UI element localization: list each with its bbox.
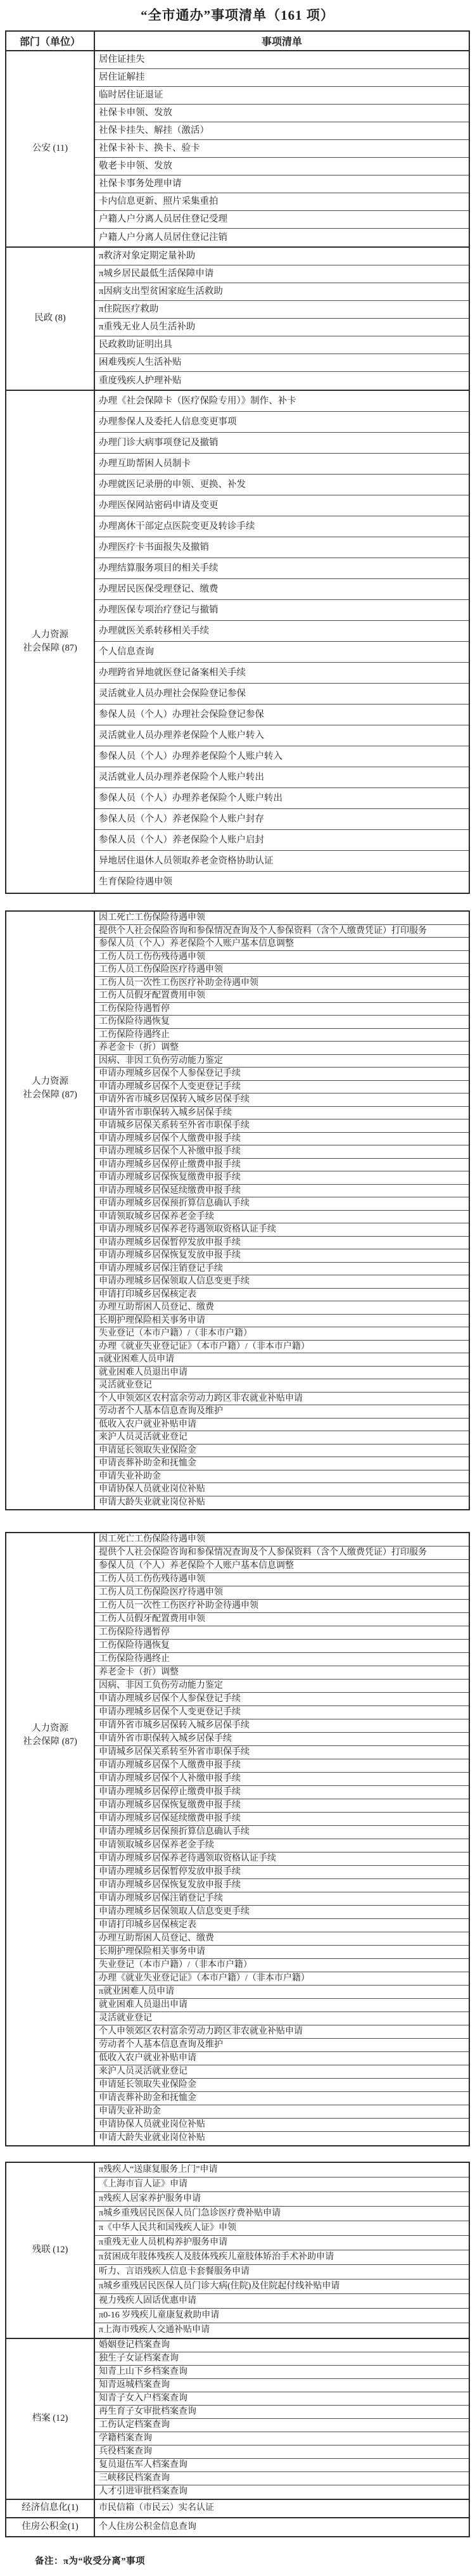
dept-label-line: 档案 (12): [32, 2412, 68, 2425]
table-row: 再生育子女审批档案查询: [95, 2406, 469, 2419]
table-row: 申请失业补助金: [95, 1470, 469, 1484]
table-row: 户籍人户分离人员居住登记注销: [95, 229, 469, 246]
table-row: 工伤认定档案查询: [95, 2419, 469, 2432]
table-row: 灵活就业人员办理养老保险个人账户转出: [95, 767, 469, 788]
item-list: 因工死亡工伤保险待遇申领提供个人社会保险咨询和参保情况查询及个人参保资料（含个人…: [95, 1533, 469, 2145]
table-row: 办理就医关系转移相关手续: [95, 621, 469, 642]
table-row: 因病、非因工负伤劳动能力鉴定: [95, 1680, 469, 1693]
table-row: 社保卡申领、发放: [95, 105, 469, 122]
table-row: 工伤人员工伤保险医疗待遇申领: [95, 964, 469, 977]
dept-cell: 人力资源社会保障 (87): [6, 1533, 95, 2145]
table-row: 社保卡补卡、换卡、验卡: [95, 140, 469, 158]
table-row: 申请丧葬补助金和抚恤金: [95, 2092, 469, 2105]
table-row: 申请外省市城乡居保转入城乡居保手续: [95, 1719, 469, 1733]
table-row: 申请办理城乡居保个人缴费申报手续: [95, 1759, 469, 1773]
table-row: 申请办理城乡居保暂停发放申报手续: [95, 1866, 469, 1879]
table-row: 办理居民医保受理登记、缴费: [95, 579, 469, 600]
table-row: 个人住房公积金信息查询: [95, 2518, 469, 2536]
table-row: 困难残疾人生活补贴: [95, 354, 469, 372]
table-row: 就业困难人员退出申请: [95, 1999, 469, 2012]
table-row: 申请外省市城乡居保转入城乡居保手续: [95, 1094, 469, 1107]
table-row: 失业登记（本市户籍）/（非本市户籍）: [95, 1327, 469, 1341]
table-row: 申请外省市职保转入城乡居保手续: [95, 1733, 469, 1746]
table-row: 办理《就业失业登记证》（本市户籍）/（非本市户籍）: [95, 1972, 469, 1986]
table-row: 申请延长领取失业保险金: [95, 2079, 469, 2092]
table-row: 独生子女证档案查询: [95, 2352, 469, 2366]
table-row: 工伤人员一次性工伤医疗补助金待遇申领: [95, 1600, 469, 1613]
table-row: 申请办理城乡居保预折算信息确认手续: [95, 1197, 469, 1211]
table-row: π重残无业人员生活补助: [95, 319, 469, 336]
table-row: π因病支出型贫困家庭生活救助: [95, 283, 469, 301]
table-row: 工伤人员工伤保险医疗待遇申领: [95, 1586, 469, 1600]
table-row: π贫困成年肢体残疾人及肢体残疾儿童肢体矫治手术补助申请: [95, 2250, 469, 2265]
table-row: 办理互助帮困人员登记、缴费: [95, 1301, 469, 1315]
item-list: π救济对象定期定量补助π城乡居民最低生活保障申请π因病支出型贫困家庭生活救助π住…: [95, 248, 469, 390]
table-row: 参保人员（个人）办理养老保险个人账户转出: [95, 788, 469, 809]
table-row: 申请协保人员就业岗位补贴: [95, 2119, 469, 2132]
department-section: 人力资源社会保障 (87) 办理《社会保障卡（医疗保险专用）》制作、补卡办理参保…: [5, 390, 470, 894]
table-row: 申请办理城乡居保预折算信息确认手续: [95, 1826, 469, 1839]
table-row: 办理参保人及委托人信息变更事项: [95, 412, 469, 433]
table-row: 婚姻登记档案查询: [95, 2339, 469, 2352]
item-list: 婚姻登记档案查询独生子女证档案查询知青上山下乡档案查询知青返城档案查询知青子女入…: [95, 2339, 469, 2499]
table-header-row: 部门（单位） 事项清单: [5, 30, 470, 51]
table-row: 申请城乡居保关系转至外省市职保手续: [95, 1119, 469, 1133]
table-row: 申请办理城乡居保恢复发放申报手续: [95, 1249, 469, 1263]
table-row: 知青子女入户档案查询: [95, 2392, 469, 2406]
table-row: 申请办理城乡居保个人补缴申报手续: [95, 1145, 469, 1159]
table-row: 工伤人员假牙配置费用申领: [95, 1613, 469, 1626]
table-row: 工伤保险待遇终止: [95, 1029, 469, 1042]
table-row: 人才引进审批档案查询: [95, 2485, 469, 2499]
dept-cell: 人力资源社会保障 (87): [6, 912, 95, 1509]
table-row: 《上海市盲人证》申请: [95, 2177, 469, 2192]
table-row: 提供个人社会保险咨询和参保情况查询及个人参保资料（含个人缴费凭证）打印服务: [95, 1546, 469, 1560]
table-row: 申请办理城乡居保养老待遇领取资格认证手续: [95, 1852, 469, 1866]
table-row: 学籍档案查询: [95, 2432, 469, 2445]
table-row: 申请打印城乡居保核定表: [95, 1289, 469, 1302]
table-row: 办理离休干部定点医院变更及转诊手续: [95, 516, 469, 537]
department-section: 公安 (11) 居住证挂失居住证解挂临时居住证退证社保卡申领、发放社保卡挂失、解…: [5, 50, 470, 248]
table-row: 申请领取城乡居保养老金手续: [95, 1211, 469, 1224]
dept-cell: 残联 (12): [6, 2163, 95, 2338]
table-row: 灵活就业登记: [95, 2012, 469, 2025]
dept-cell: 档案 (12): [6, 2339, 95, 2499]
table-row: 养老金卡（折）调整: [95, 1042, 469, 1055]
items-table: 部门（单位） 事项清单 公安 (11) 居住证挂失居住证解挂临时居住证退证社保卡…: [5, 30, 470, 2537]
table-row: 申请办理城乡居保个人补缴申报手续: [95, 1773, 469, 1786]
document-page: “全市通办”事项清单（161 项） 部门（单位） 事项清单 公安 (11) 居住…: [0, 0, 475, 2567]
table-row: 参保人员（个人）办理社会保险登记参保: [95, 705, 469, 725]
table-row: 卡内信息更新、照片采集重拍: [95, 193, 469, 211]
table-row: 申请办理城乡居保恢复缴费申报手续: [95, 1799, 469, 1813]
table-row: π重残无业人员机构养护服务申请: [95, 2236, 469, 2250]
table-row: 来沪人员灵活就业登记: [95, 1431, 469, 1444]
table-row: 工伤人员一次性工伤医疗补助金待遇申领: [95, 977, 469, 990]
footnote: 备注：π为“收受分离”事项: [35, 2554, 475, 2567]
table-row: 申请领取城乡居保养老金手续: [95, 1839, 469, 1852]
dept-cell: 住房公积金(1): [6, 2518, 95, 2536]
item-list: 因工死亡工伤保险待遇申领提供个人社会保险咨询和参保情况查询及个人参保资料（含个人…: [95, 912, 469, 1509]
table-row: 申请办理城乡居保个人参保登记手续: [95, 1693, 469, 1706]
table-row: 申请城乡居保关系转至外省市职保手续: [95, 1746, 469, 1759]
table-row: π残疾人“送康复服务上门”申请: [95, 2163, 469, 2177]
table-row: 社保卡事务处理申请: [95, 175, 469, 193]
table-row: 申请办理城乡居保停止缴费申报手续: [95, 1786, 469, 1799]
table-row: 敬老卡申领、发放: [95, 158, 469, 175]
table-row: 劳动者个人基本信息查询及维护: [95, 1405, 469, 1419]
table-row: 市民信箱（市民云）实名认证: [95, 2500, 469, 2517]
table-row: 灵活就业人员办理社会保险登记参保: [95, 684, 469, 705]
table-row: 申请办理城乡居保延续缴费申报手续: [95, 1185, 469, 1198]
table-row: 申请办理城乡居保停止缴费申报手续: [95, 1159, 469, 1172]
table-row: 参保人员（个人）养老保险个人账户基本信息调整: [95, 1560, 469, 1573]
table-row: 办理医保专项治疗登记与撤销: [95, 600, 469, 621]
dept-label-line: 社会保障 (87): [23, 642, 77, 655]
table-row: 办理跨省异地就医登记备案相关手续: [95, 663, 469, 684]
table-row: 办理结算服务项目的相关手续: [95, 558, 469, 579]
table-row: 申请办理城乡居保注销登记手续: [95, 1263, 469, 1276]
table-row: 因工死亡工伤保险待遇申领: [95, 912, 469, 925]
item-list: 市民信箱（市民云）实名认证: [95, 2500, 469, 2517]
item-list: 居住证挂失居住证解挂临时居住证退证社保卡申领、发放社保卡挂失、解挂（激活）社保卡…: [95, 51, 469, 246]
table-row: 办理医疗卡书面报失及撤销: [95, 537, 469, 558]
department-section: 经济信息化(1) 市民信箱（市民云）实名认证: [5, 2499, 470, 2518]
table-row: 申请延长领取失业保险金: [95, 1444, 469, 1458]
table-row: 因病、非因工负伤劳动能力鉴定: [95, 1055, 469, 1068]
dept-label-line: 公安 (11): [32, 142, 68, 155]
table-row: 工伤保险待遇恢复: [95, 1016, 469, 1029]
items-column-header: 事项清单: [95, 32, 469, 50]
table-row: 参保人员（个人）养老保险个人账户封存: [95, 809, 469, 830]
table-row: 办理医保网站密码申请及变更: [95, 495, 469, 516]
table-row: 低收入农户就业补贴申请: [95, 2052, 469, 2065]
table-row: 灵活就业人员办理养老保险个人账户转入: [95, 725, 469, 746]
table-row: 申请办理城乡居保注销登记手续: [95, 1892, 469, 1906]
table-row: 办理《就业失业登记证》（本市户籍）/（非本市户籍）: [95, 1341, 469, 1354]
table-row: 参保人员（个人）养老保险个人账户启封: [95, 830, 469, 851]
table-row: π城乡重残居民医保人员门诊大病(住院)及住院起付线补贴申请: [95, 2280, 469, 2294]
dept-label-line: 住房公积金(1): [22, 2520, 78, 2534]
dept-column-header: 部门（单位）: [6, 32, 95, 50]
table-row: 申请丧葬补助金和抚恤金: [95, 1457, 469, 1470]
table-row: 申请办理城乡居保养老待遇领取资格认证手续: [95, 1223, 469, 1237]
table-row: 灵活就业登记: [95, 1379, 469, 1393]
dept-label-line: 社会保障 (87): [23, 1088, 77, 1102]
table-row: 申请办理城乡居保领取人信息变更手续: [95, 1275, 469, 1289]
table-row: 办理互助帮困人员制卡: [95, 454, 469, 475]
table-row: π残疾人居家养护服务申请: [95, 2192, 469, 2207]
table-row: π住院医疗救助: [95, 301, 469, 319]
table-row: 重度残疾人护理补贴: [95, 372, 469, 390]
department-section: 残联 (12) π残疾人“送康复服务上门”申请《上海市盲人证》申请π残疾人居家养…: [5, 2162, 470, 2339]
dept-cell: 经济信息化(1): [6, 2500, 95, 2517]
department-section: 住房公积金(1) 个人住房公积金信息查询: [5, 2517, 470, 2537]
table-row: 申请打印城乡居保核定表: [95, 1919, 469, 1932]
table-row: 申请失业补助金: [95, 2105, 469, 2119]
table-row: 工伤人员假牙配置费用申领: [95, 990, 469, 1003]
table-row: 申请大龄失业就业岗位补贴: [95, 2132, 469, 2145]
table-row: 社保卡挂失、解挂（激活）: [95, 122, 469, 140]
department-section: 档案 (12) 婚姻登记档案查询独生子女证档案查询知青上山下乡档案查询知青返城档…: [5, 2338, 470, 2500]
table-row: 办理互助帮困人员登记、缴费: [95, 1932, 469, 1946]
table-row: 申请办理城乡居保个人变更登记手续: [95, 1081, 469, 1094]
table-row: 因工死亡工伤保险待遇申领: [95, 1533, 469, 1546]
table-row: 申请大龄失业就业岗位补贴: [95, 1496, 469, 1509]
department-section: 人力资源社会保障 (87) 因工死亡工伤保险待遇申领提供个人社会保险咨询和参保情…: [5, 910, 470, 1510]
table-row: 申请办理城乡居保个人参保登记手续: [95, 1068, 469, 1081]
dept-label-line: 经济信息化(1): [22, 2501, 78, 2515]
item-list: 个人住房公积金信息查询: [95, 2518, 469, 2536]
item-list: 办理《社会保障卡（医疗保险专用）》制作、补卡办理参保人及委托人信息变更事项办理门…: [95, 391, 469, 893]
table-row: 申请办理城乡居保暂停发放申报手续: [95, 1237, 469, 1250]
table-row: π城乡重残居民医保人员门急诊医疗费补贴申请: [95, 2207, 469, 2221]
table-row: 户籍人户分离人员居住登记受理: [95, 211, 469, 229]
table-row: π0-16 岁残疾儿童康复救助申请: [95, 2309, 469, 2323]
table-row: 工伤保险待遇暂停: [95, 1003, 469, 1016]
table-row: 知青上山下乡档案查询: [95, 2366, 469, 2379]
table-row: 工伤保险待遇恢复: [95, 1640, 469, 1653]
table-row: 兵役档案查询: [95, 2445, 469, 2459]
dept-cell: 公安 (11): [6, 51, 95, 246]
dept-label-line: 人力资源: [32, 1075, 68, 1088]
dept-label-line: 社会保障 (87): [23, 1735, 77, 1749]
table-row: 三峡移民档案查询: [95, 2472, 469, 2485]
table-row: 居住证挂失: [95, 51, 469, 69]
table-row: 长期护理保险相关事务申请: [95, 1315, 469, 1328]
table-row: π上海市残疾人交通补贴申请: [95, 2323, 469, 2338]
table-row: π救济对象定期定量补助: [95, 248, 469, 265]
table-row: 听力、言语残疾人信息卡套餐服务申请: [95, 2265, 469, 2280]
table-row: 工伤人员工伤伤残待遇申领: [95, 1573, 469, 1586]
table-row: 办理就医记录册的申领、更换、补发: [95, 475, 469, 495]
table-row: 养老金卡（折）调整: [95, 1666, 469, 1680]
table-body: 公安 (11) 居住证挂失居住证解挂临时居住证退证社保卡申领、发放社保卡挂失、解…: [5, 50, 470, 2537]
table-row: 就业困难人员退出申请: [95, 1367, 469, 1380]
item-list: π残疾人“送康复服务上门”申请《上海市盲人证》申请π残疾人居家养护服务申请π城乡…: [95, 2163, 469, 2338]
dept-cell: 人力资源社会保障 (87): [6, 391, 95, 893]
table-row: 提供个人社会保险咨询和参保情况查询及个人参保资料（含个人缴费凭证）打印服务: [95, 925, 469, 938]
dept-cell: 民政 (8): [6, 248, 95, 390]
table-row: 个人信息查询: [95, 642, 469, 663]
table-row: π《中华人民共和国残疾人证》申领: [95, 2221, 469, 2236]
table-row: 申请办理城乡居保恢复缴费申报手续: [95, 1171, 469, 1185]
table-row: 复员退伍军人档案查询: [95, 2459, 469, 2472]
table-row: 生育保险待遇申领: [95, 872, 469, 893]
page-title: “全市通办”事项清单（161 项）: [0, 5, 475, 24]
dept-label-line: 民政 (8): [34, 312, 66, 325]
table-row: 失业登记（本市户籍）/（非本市户籍）: [95, 1959, 469, 1972]
table-row: 申请办理城乡居保领取人信息变更手续: [95, 1906, 469, 1919]
table-row: 临时居住证退证: [95, 87, 469, 105]
table-row: 工伤保险待遇暂停: [95, 1626, 469, 1640]
table-row: 知青返城档案查询: [95, 2379, 469, 2392]
table-row: 劳动者个人基本信息查询及维护: [95, 2039, 469, 2052]
table-row: π城乡居民最低生活保障申请: [95, 265, 469, 283]
table-row: 工伤人员工伤伤残待遇申领: [95, 951, 469, 964]
table-row: π就业困难人员申请: [95, 1986, 469, 1999]
table-row: 申请外省市职保转入城乡居保手续: [95, 1107, 469, 1120]
department-section: 民政 (8) π救济对象定期定量补助π城乡居民最低生活保障申请π因病支出型贫困家…: [5, 246, 470, 391]
department-section: 人力资源社会保障 (87) 因工死亡工伤保险待遇申领提供个人社会保险咨询和参保情…: [5, 1532, 470, 2146]
table-row: 个人申领郊区农村富余劳动力跨区非农就业补贴申请: [95, 1393, 469, 1406]
table-row: 异地居住退休人员领取养老金资格协助认证: [95, 851, 469, 872]
table-row: 申请办理城乡居保恢复发放申报手续: [95, 1879, 469, 1892]
table-row: 居住证解挂: [95, 69, 469, 87]
dept-label-line: 残联 (12): [32, 2243, 68, 2257]
table-row: π就业困难人员申请: [95, 1353, 469, 1367]
table-row: 参保人员（个人）办理养老保险个人账户转入: [95, 746, 469, 767]
table-row: 长期护理保险相关事务申请: [95, 1946, 469, 1959]
table-row: 申请协保人员就业岗位补贴: [95, 1483, 469, 1496]
dept-label-line: 人力资源: [32, 1722, 68, 1735]
table-row: 申请办理城乡居保个人缴费申报手续: [95, 1133, 469, 1146]
table-row: 办理《社会保障卡（医疗保险专用）》制作、补卡: [95, 391, 469, 412]
table-row: 工伤保险待遇终止: [95, 1653, 469, 1666]
dept-label-line: 人力资源: [32, 628, 68, 642]
table-row: 低收入农户就业补贴申请: [95, 1419, 469, 1432]
table-row: 来沪人员灵活就业登记: [95, 2065, 469, 2079]
table-row: 个人申领郊区农村富余劳动力跨区非农就业补贴申请: [95, 2025, 469, 2039]
table-row: 申请办理城乡居保延续缴费申报手续: [95, 1813, 469, 1826]
table-row: 参保人员（个人）养老保险个人账户基本信息调整: [95, 938, 469, 951]
table-row: 办理门诊大病事项登记及撤销: [95, 433, 469, 454]
table-row: 民政救助证明出具: [95, 336, 469, 354]
table-row: 视力残疾人固话优惠申请: [95, 2294, 469, 2309]
table-row: 申请办理城乡居保个人变更登记手续: [95, 1706, 469, 1719]
